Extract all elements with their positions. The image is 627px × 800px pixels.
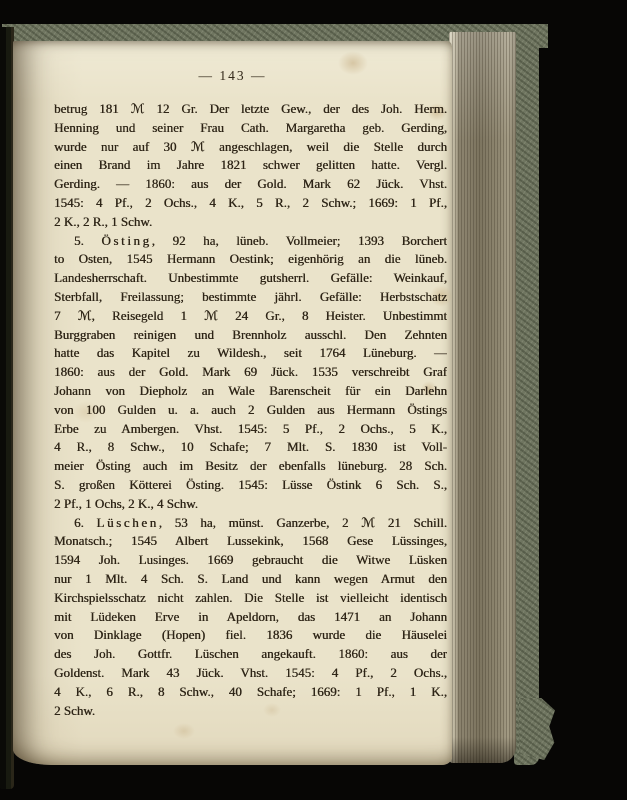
text-line: Landesherrschaft. Unbestimmte gutsherrl.… <box>54 269 447 288</box>
paragraph: 5. Ö s t i n g , 92 ha, lüneb. Vollmeier… <box>54 232 447 514</box>
text-line: meier Östing auch im Besitz der ebenfall… <box>54 457 447 476</box>
page-block-fore-edge <box>449 32 516 763</box>
text-line: 1545: 4 Pf., 2 Ochs., 4 K., 5 R., 2 Schw… <box>54 194 447 213</box>
paragraph: betrug 181 ℳ 12 Gr. Der letzte Gew., der… <box>54 100 447 232</box>
text-line: hatte das Kapitel zu Wildesh., seit 1764… <box>54 344 447 363</box>
book-cover-edge-right <box>514 27 539 765</box>
text-line: Sterbfall, Freilassung; bestimmte jährl.… <box>54 288 447 307</box>
book-photo: — 143 — betrug 181 ℳ 12 Gr. Der letzte G… <box>0 0 627 800</box>
text-line: von Dinklage (Hopen) fiel. 1836 wurde di… <box>54 626 447 645</box>
text-line: 2 Schw. <box>54 702 447 721</box>
page-text: betrug 181 ℳ 12 Gr. Der letzte Gew., der… <box>54 100 447 720</box>
text-line: Burggraben reinigen und Brennholz aussch… <box>54 326 447 345</box>
foxing-stain <box>173 723 195 739</box>
text-line: betrug 181 ℳ 12 Gr. Der letzte Gew., der… <box>54 100 447 119</box>
text-line: von 100 Gulden u. a. auch 2 Gulden aus H… <box>54 401 447 420</box>
text-line: Kirchspielsschatz nicht zahlen. Die Stel… <box>54 589 447 608</box>
text-line: wurde nur auf 30 ℳ angeschlagen, weil di… <box>54 138 447 157</box>
text-line: 2 K., 2 R., 1 Schw. <box>54 213 447 232</box>
text-line: Goldenst. Mark 43 Jück. Vhst. 1545: 4 Pf… <box>54 664 447 683</box>
text-line: 1860: aus der Gold. Mark 69 Jück. 1535 v… <box>54 363 447 382</box>
paragraph: 6. L ü s c h e n , 53 ha, münst. Ganzerb… <box>54 514 447 721</box>
text-line: 1594 Joh. Lusinges. 1669 gebraucht die W… <box>54 551 447 570</box>
book-page: — 143 — betrug 181 ℳ 12 Gr. Der letzte G… <box>13 41 452 765</box>
text-line: 6. L ü s c h e n , 53 ha, münst. Ganzerb… <box>54 514 447 533</box>
text-line: 2 Pf., 1 Ochs, 2 K., 4 Schw. <box>54 495 447 514</box>
text-line: Henning und seiner Frau Cath. Margaretha… <box>54 119 447 138</box>
book-cover-corner-bottom-right <box>519 698 555 760</box>
text-line: to Osten, 1545 Hermann Oestink; eigenhör… <box>54 250 447 269</box>
page-number: — 143 — <box>13 68 452 84</box>
text-line: Johann von Diepholz an Wale Barenscheit … <box>54 382 447 401</box>
text-line: nur 1 Mlt. 4 Sch. S. Land und kann wegen… <box>54 570 447 589</box>
book-spine-edge <box>0 27 14 789</box>
text-line: 7 ℳ, Reisegeld 1 ℳ 24 Gr., 8 Heister. Un… <box>54 307 447 326</box>
text-line: 4 R., 8 Schw., 10 Schafe; 7 Mlt. S. 1830… <box>54 438 447 457</box>
text-line: Gerding. — 1860: aus der Gold. Mark 62 J… <box>54 175 447 194</box>
text-line: S. großen Kötterei Östing. 1545: Lüsse Ö… <box>54 476 447 495</box>
text-line: des Joh. Gottfr. Lüschen angekauft. 1860… <box>54 645 447 664</box>
text-line: 4 K., 6 R., 8 Schw., 40 Schafe; 1669: 1 … <box>54 683 447 702</box>
text-line: mit Lüdeken Erve in Apeldorn, das 1471 a… <box>54 608 447 627</box>
text-line: Erbe zu Ambergen. Vhst. 1545: 5 Pf., 2 O… <box>54 420 447 439</box>
text-line: Monatsch.; 1545 Albert Lussekink, 1568 G… <box>54 532 447 551</box>
text-line: 5. Ö s t i n g , 92 ha, lüneb. Vollmeier… <box>54 232 447 251</box>
text-line: einen Brand im Jahre 1821 schwer gelitte… <box>54 156 447 175</box>
